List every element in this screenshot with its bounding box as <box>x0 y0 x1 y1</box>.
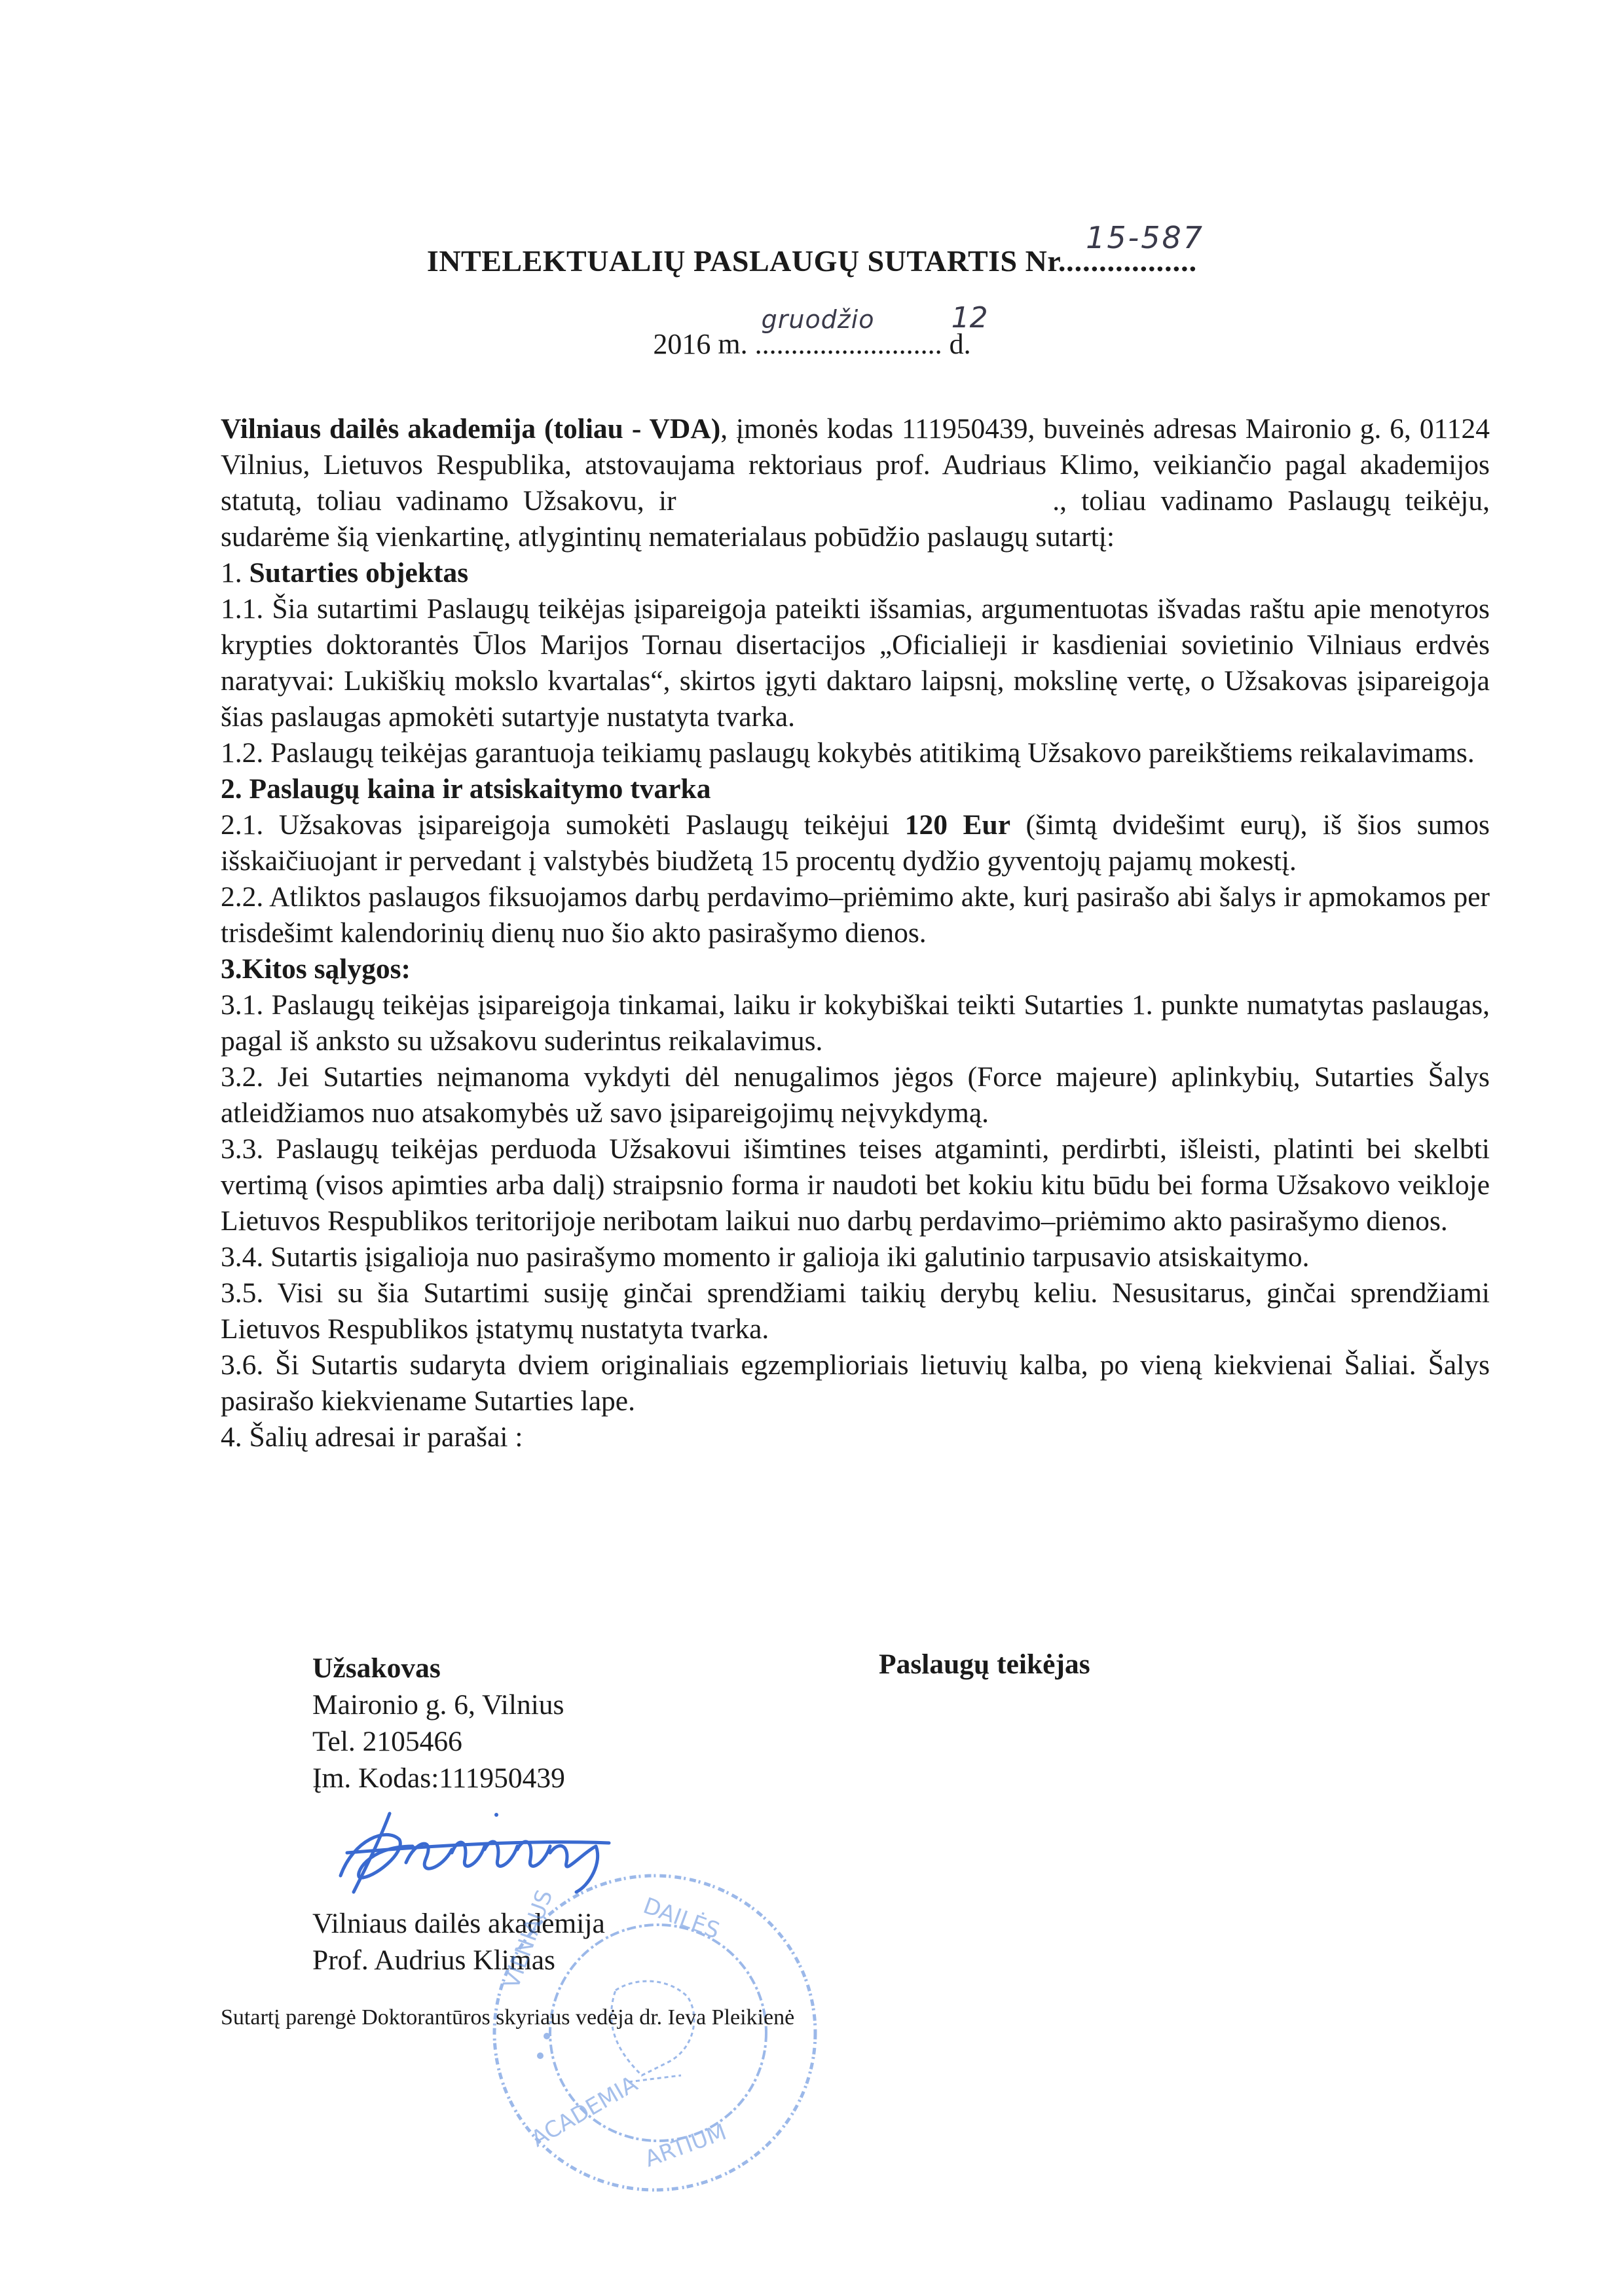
clause-3-6: 3.6. Ši Sutartis sudaryta dviem original… <box>221 1347 1490 1419</box>
clause-2-1: 2.1. Užsakovas įsipareigoja sumokėti Pas… <box>221 807 1490 879</box>
section-4-heading: 4. Šalių adresai ir parašai : <box>221 1419 1490 1455</box>
client-phone: Tel. 2105466 <box>312 1723 565 1760</box>
section-3-heading: 3.Kitos sąlygos: <box>221 951 1490 987</box>
document-title: INTELEKTUALIŲ PASLAUGŲ SUTARTIS Nr......… <box>0 244 1624 278</box>
date-fill-field: ..........................gruodžio12 <box>755 327 942 361</box>
svg-text:DAILĖS: DAILĖS <box>640 1893 723 1944</box>
client-organization: Vilniaus dailės akademija <box>312 1905 605 1942</box>
handwritten-contract-number: 15-587 <box>1086 220 1204 255</box>
client-company-code: Įm. Kodas:111950439 <box>312 1760 565 1796</box>
contract-body: Vilniaus dailės akademija (toliau - VDA)… <box>221 411 1490 1455</box>
title-text: INTELEKTUALIŲ PASLAUGŲ SUTARTIS Nr. <box>427 244 1066 278</box>
contract-number-field: ................15-587 <box>1066 244 1197 278</box>
client-signatory: Vilniaus dailės akademija Prof. Audrius … <box>312 1905 605 1978</box>
date-year: 2016 m. <box>653 328 747 360</box>
prepared-by-note: Sutartį parengė Doktorantūros skyriaus v… <box>221 2005 794 2030</box>
clause-1-1: 1.1. Šia sutartimi Paslaugų teikėjas įsi… <box>221 591 1490 735</box>
clause-2-2: 2.2. Atliktos paslaugos fiksuojamos darb… <box>221 879 1490 951</box>
handwritten-signature-icon <box>327 1800 694 1899</box>
price-amount: 120 Eur <box>905 809 1010 841</box>
clause-3-5: 3.5. Visi su šia Sutartimi susiję ginčai… <box>221 1275 1490 1347</box>
contract-page: INTELEKTUALIŲ PASLAUGŲ SUTARTIS Nr......… <box>0 0 1624 2296</box>
clause-3-1: 3.1. Paslaugų teikėjas įsipareigoja tink… <box>221 987 1490 1059</box>
client-signatory-name: Prof. Audrius Klimas <box>312 1942 605 1978</box>
redacted-provider-name <box>691 494 927 513</box>
provider-label: Paslaugų teikėjas <box>879 1648 1090 1681</box>
client-label: Užsakovas <box>312 1650 565 1686</box>
clause-3-4: 3.4. Sutartis įsigalioja nuo pasirašymo … <box>221 1239 1490 1275</box>
section-2-heading: 2. Paslaugų kaina ir atsiskaitymo tvarka <box>221 771 1490 807</box>
contract-date: 2016 m. ..........................gruodž… <box>0 327 1624 361</box>
clause-3-2: 3.2. Jei Sutarties neįmanoma vykdyti dėl… <box>221 1059 1490 1131</box>
handwritten-month: gruodžio <box>762 305 875 334</box>
clause-3-3: 3.3. Paslaugų teikėjas perduoda Užsakovu… <box>221 1131 1490 1239</box>
clause-1-2: 1.2. Paslaugų teikėjas garantuoja teikia… <box>221 735 1490 771</box>
svg-text:ACADEMIA: ACADEMIA <box>527 2071 642 2153</box>
client-details: Užsakovas Maironio g. 6, Vilnius Tel. 21… <box>312 1650 565 1796</box>
section-1-heading: 1. Sutarties objektas <box>221 555 1490 591</box>
client-address: Maironio g. 6, Vilnius <box>312 1686 565 1723</box>
party-name: Vilniaus dailės akademija (toliau - VDA) <box>221 413 720 445</box>
intro-paragraph: Vilniaus dailės akademija (toliau - VDA)… <box>221 411 1490 555</box>
svg-text:ARTIUM: ARTIUM <box>641 2119 729 2173</box>
handwritten-day: 12 <box>951 301 988 335</box>
